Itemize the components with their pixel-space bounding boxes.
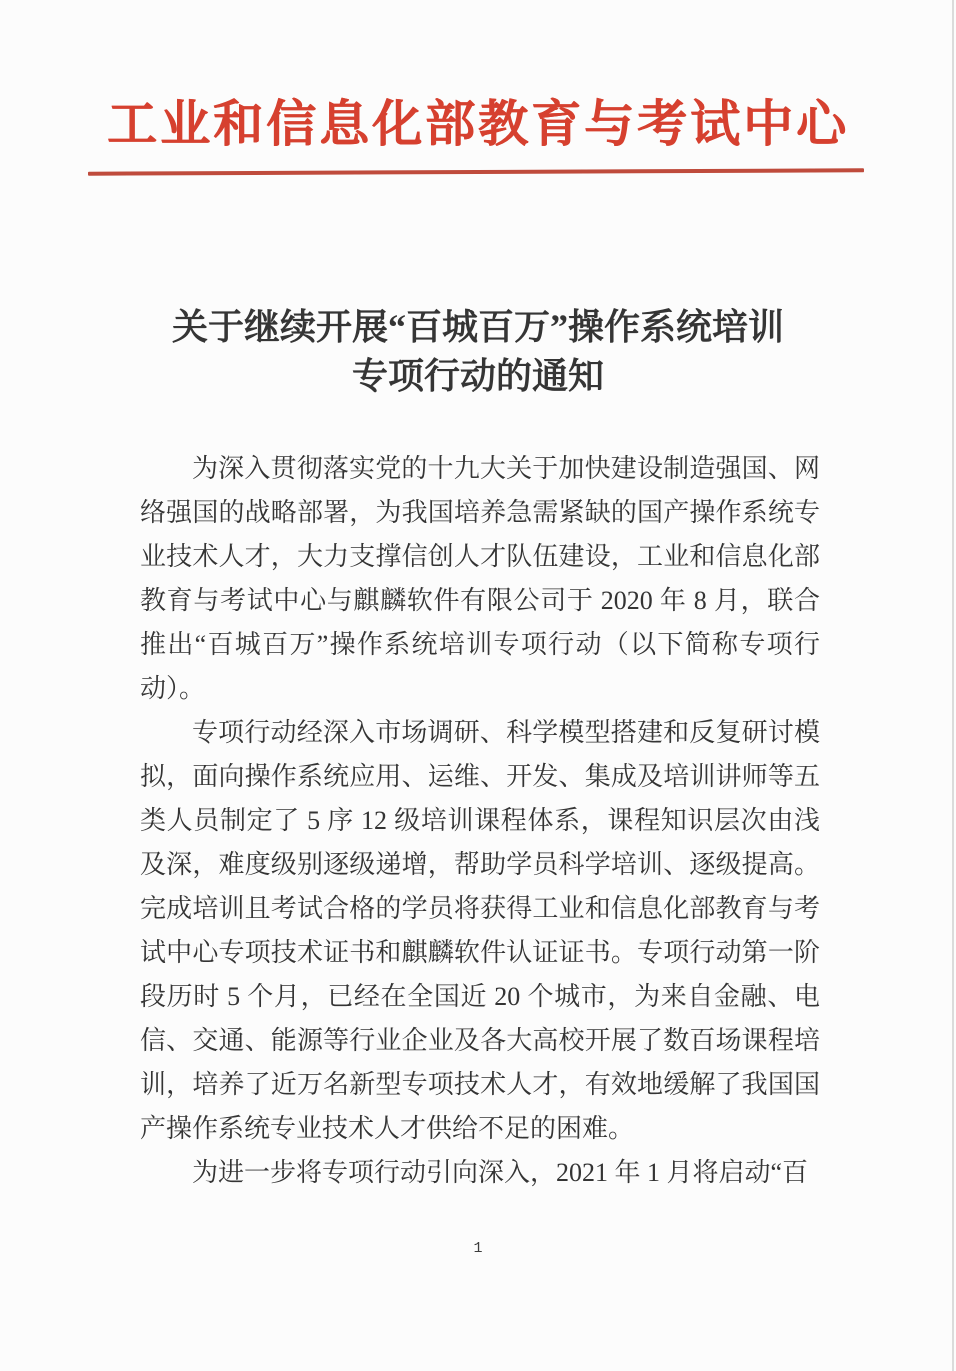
- document-title-line1: 关于继续开展“百城百万”操作系统培训: [172, 307, 784, 347]
- document-body: 为深入贯彻落实党的十九大关于加快建设制造强国、网络强国的战略部署，为我国培养急需…: [140, 447, 820, 1195]
- body-paragraph-2: 专项行动经深入市场调研、科学模型搭建和反复研讨模拟，面向操作系统应用、运维、开发…: [140, 711, 820, 1151]
- page-number: 1: [0, 1240, 956, 1257]
- body-paragraph-3: 为进一步将专项行动引向深入，2021 年 1 月将启动“百: [140, 1151, 820, 1195]
- letterhead-divider-rule: [88, 168, 864, 175]
- document-title: 关于继续开展“百城百万”操作系统培训 专项行动的通知: [0, 303, 956, 401]
- body-paragraph-1: 为深入贯彻落实党的十九大关于加快建设制造强国、网络强国的战略部署，为我国培养急需…: [140, 447, 820, 711]
- scan-edge-artifact: [952, 0, 954, 1371]
- scanned-notice-page: 工业和信息化部教育与考试中心 关于继续开展“百城百万”操作系统培训 专项行动的通…: [0, 0, 956, 1371]
- letterhead-org-name: 工业和信息化部教育与考试中心: [0, 84, 956, 156]
- document-title-line2: 专项行动的通知: [352, 356, 604, 396]
